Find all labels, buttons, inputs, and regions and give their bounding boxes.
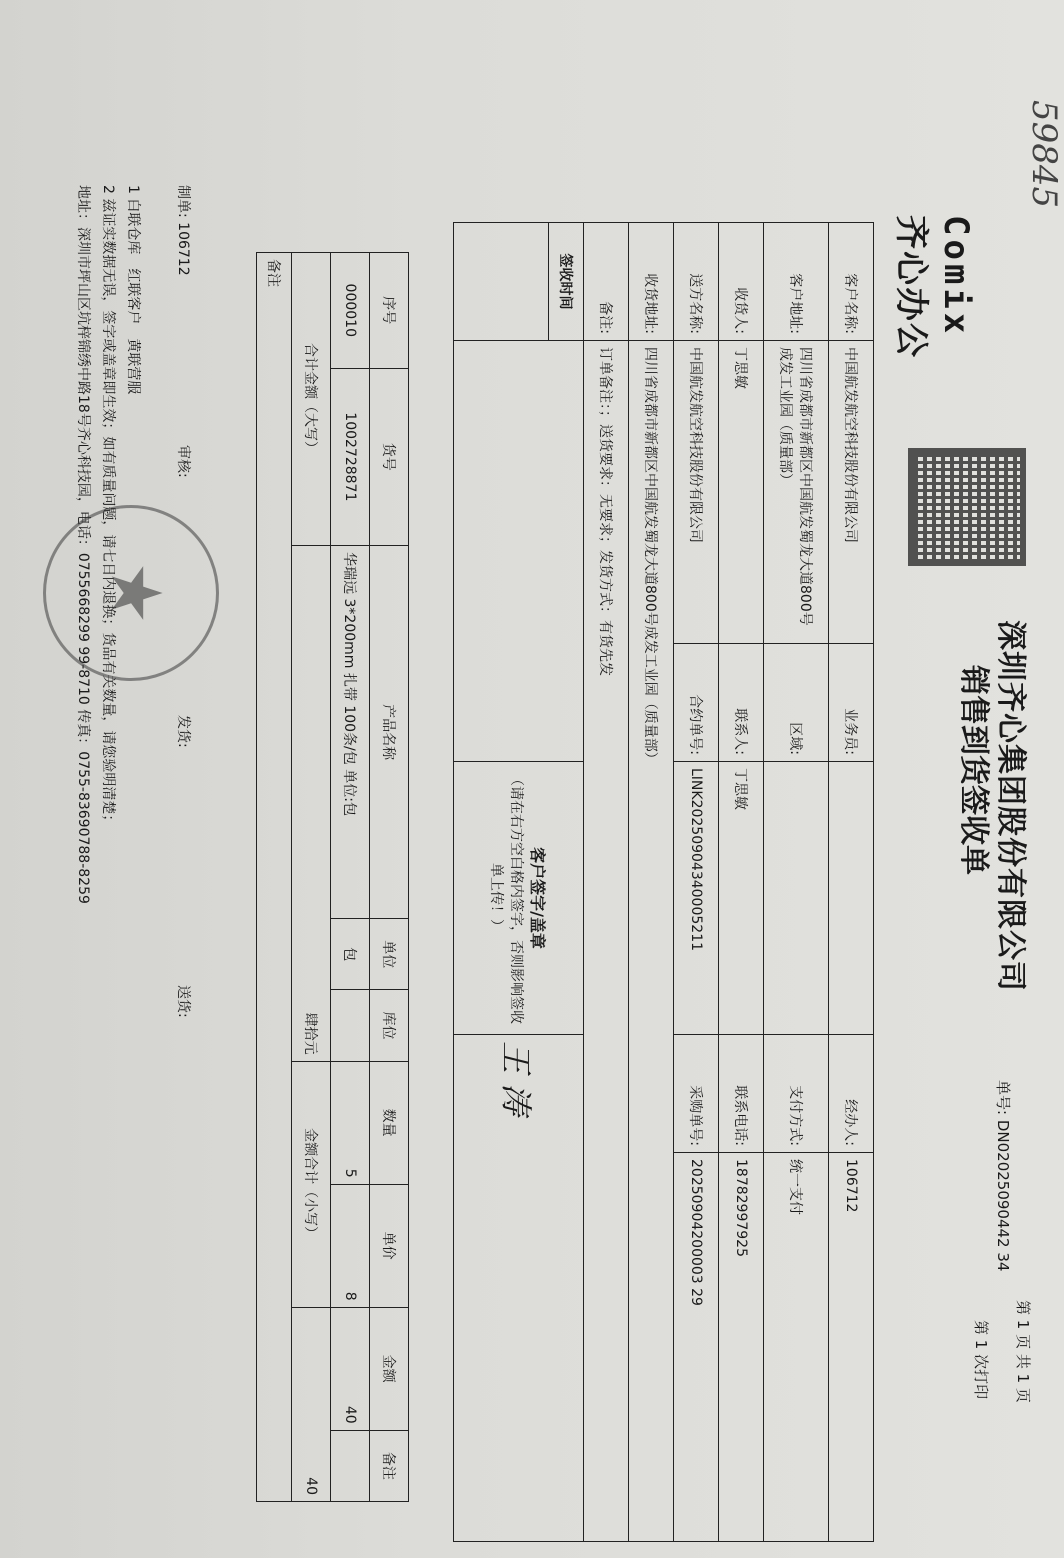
- delivery-address: 四川省成都市新都区中国航发蜀龙大道800号成发工业园（质量部）: [629, 341, 674, 1542]
- contract: LINK20250904340005211: [674, 762, 719, 1035]
- deliverer-label: 送货:: [174, 985, 194, 1018]
- info-table: 客户名称: 中国航发航空科技股份有限公司 业务员: 经办人: 106712 客户…: [453, 222, 874, 1542]
- receiver-label: 收货人:: [719, 223, 764, 341]
- delivery-receipt-page: 59845 Comix 齐心办公 深圳齐心集团股份有限公司 销售到货签收单 第 …: [0, 0, 1064, 1558]
- document-photo: 59845 Comix 齐心办公 深圳齐心集团股份有限公司 销售到货签收单 第 …: [0, 0, 1064, 1558]
- remark-row: 备注: [257, 253, 292, 1502]
- phone: 18782997925: [719, 1153, 764, 1542]
- col-price: 单价: [370, 1184, 409, 1307]
- total-upper: 肆拾元: [292, 546, 331, 1062]
- ship-to: 中国航发航空科技股份有限公司: [674, 341, 719, 644]
- sign-time-label: 签收时间: [549, 223, 584, 341]
- receiver: 丁思敏: [719, 341, 764, 644]
- doc-number: 单号: DN02025090442 34: [993, 1080, 1014, 1271]
- col-seq: 序号: [370, 253, 409, 369]
- row-amount: 40: [331, 1307, 370, 1430]
- shipper-label: 发货:: [174, 715, 194, 748]
- items-table: 序号 货号 产品名称 单位 库位 数量 单价 金额 备注 000010 1002…: [256, 252, 409, 1502]
- total-lower: 40: [292, 1307, 331, 1501]
- contract-label: 合约单号:: [674, 644, 719, 762]
- col-unit: 单位: [370, 919, 409, 990]
- table-row: 000010 1002728871 华瑞远 3*200mm 扎带 100条/包 …: [331, 253, 370, 1502]
- comix-logo: Comix: [936, 215, 976, 337]
- sign-time-field[interactable]: [454, 341, 584, 762]
- row-location: [331, 990, 370, 1061]
- print-count: 第 1 次打印: [971, 1320, 992, 1399]
- po-label: 采购单号:: [674, 1035, 719, 1153]
- maker-value: 106712: [175, 222, 191, 275]
- contact-label: 联系人:: [719, 644, 764, 762]
- items-header-row: 序号 货号 产品名称 单位 库位 数量 单价 金额 备注: [370, 253, 409, 1502]
- star-icon: ★: [56, 508, 216, 678]
- col-amount: 金额: [370, 1307, 409, 1430]
- col-remark: 备注: [370, 1430, 409, 1501]
- remark-label: 备注:: [584, 223, 629, 341]
- payment: 统一支付: [764, 1153, 829, 1542]
- col-qty: 数量: [370, 1061, 409, 1184]
- row-price: 8: [331, 1184, 370, 1307]
- handler-label: 经办人:: [829, 1035, 874, 1153]
- customer-sign-hint: （请在右方空白格内签字，否则影响签收单上传！）: [487, 768, 527, 1028]
- document-title: 销售到货签收单: [955, 665, 999, 875]
- total-lower-label: 金额合计（小写）: [292, 1061, 331, 1307]
- remark: 订单备注：；送货要求：无要求；发货方式：有货先发: [584, 341, 629, 1542]
- customer-address: 四川省成都市新都区中国航发蜀龙大道800号成发工业园（质量部）: [764, 341, 829, 644]
- po: 20250904200003 29: [674, 1153, 719, 1542]
- bottom-remark-label: 备注: [257, 253, 292, 1502]
- row-seq: 000010: [331, 253, 370, 369]
- handwritten-note: 59845: [1024, 100, 1064, 208]
- payment-label: 支付方式:: [764, 1035, 829, 1153]
- customer-name: 中国航发航空科技股份有限公司: [829, 341, 874, 644]
- audit-label: 审核:: [174, 445, 194, 478]
- handwritten-signature: 王 涛: [498, 1041, 536, 1115]
- salesperson: [829, 762, 874, 1035]
- signature-field[interactable]: 王 涛: [454, 1035, 584, 1542]
- page-info: 第 1 页 共 1 页: [1013, 1300, 1034, 1403]
- region-label: 区域:: [764, 644, 829, 762]
- col-sku: 货号: [370, 368, 409, 546]
- ship-to-label: 送方名称:: [674, 223, 719, 341]
- comix-logo-cn: 齐心办公: [890, 215, 939, 359]
- maker-label: 制单:: [175, 185, 191, 218]
- totals-row: 合计金额（大写） 肆拾元 金额合计（小写） 40: [292, 253, 331, 1502]
- salesperson-label: 业务员:: [829, 644, 874, 762]
- customer-sign-label: 客户签字/盖章: [527, 768, 550, 1028]
- col-location: 库位: [370, 990, 409, 1061]
- note-1: 1 白联仓库 红联客户 黄联营服: [124, 185, 144, 394]
- region: [764, 762, 829, 1035]
- phone-label: 联系电话:: [719, 1035, 764, 1153]
- contact: 丁思敏: [719, 762, 764, 1035]
- customer-name-label: 客户名称:: [829, 223, 874, 341]
- handler: 106712: [829, 1153, 874, 1542]
- row-remark: [331, 1430, 370, 1501]
- customer-sign-label-cell: 客户签字/盖章 （请在右方空白格内签字，否则影响签收单上传！）: [454, 762, 584, 1035]
- customer-address-label: 客户地址:: [764, 223, 829, 341]
- doc-number-label: 单号:: [994, 1080, 1012, 1115]
- total-upper-label: 合计金额（大写）: [292, 253, 331, 546]
- row-qty: 5: [331, 1061, 370, 1184]
- row-unit: 包: [331, 919, 370, 990]
- maker: 制单: 106712: [174, 185, 194, 276]
- company-stamp: ★: [43, 505, 219, 681]
- col-name: 产品名称: [370, 546, 409, 919]
- sign-time-blank: [454, 223, 549, 341]
- qr-code-icon: [908, 448, 1026, 566]
- row-name: 华瑞远 3*200mm 扎带 100条/包 单位:包: [331, 546, 370, 919]
- doc-number-value: DN02025090442 34: [994, 1120, 1012, 1272]
- delivery-address-label: 收货地址:: [629, 223, 674, 341]
- row-sku: 1002728871: [331, 368, 370, 546]
